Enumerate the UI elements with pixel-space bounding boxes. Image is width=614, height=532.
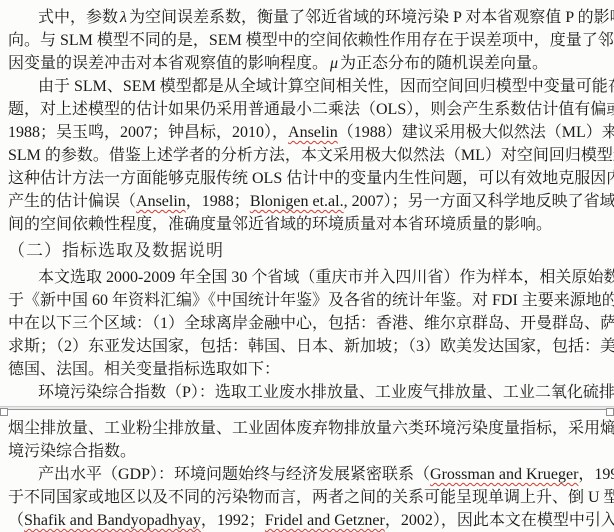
- page-break-line: [0, 406, 614, 410]
- spellcheck-flagged-text: Blonigen et.al.: [250, 193, 344, 210]
- text-line: SLM 的参数。借鉴上述学者的分析方法，本文采用极大似然法（ML）对空间回归模型…: [8, 144, 607, 167]
- text-line: 这种估计方法一方面能够克服传统 OLS 估计中的变量内生性问题，可以有效地克服因…: [8, 167, 607, 190]
- paragraph: 环境污染综合指数（P）：选取工业废水排放量、工业废气排放量、工业二氧化硫排放量、…: [8, 381, 607, 404]
- text-line: 产出水平（GDP）：环境问题始终与经济发展紧密联系（Grossman and K…: [8, 463, 607, 486]
- text-line: 间的空间依赖性程度，准确度量邻近省域的环境质量对本省环境质量的影响。: [8, 213, 607, 236]
- section-heading: （二）指标选取及数据说明: [8, 237, 607, 265]
- page-break-marker: [0, 404, 614, 417]
- paragraph: 本文选取 2000-2009 年全国 30 个省域（重庆市并入四川省）作为样本，…: [8, 266, 607, 381]
- spellcheck-flagged-text: Anselin: [136, 193, 186, 210]
- spellcheck-flagged-text: Fridel and Getzner: [265, 512, 385, 529]
- math-symbol: λ: [118, 9, 129, 26]
- spellcheck-flagged-text: Shafik and Bandyopadhyay: [24, 512, 201, 529]
- text-line: 式中，参数λ为空间误差系数，衡量了邻近省域的环境污染 P 对本省观察值 P 的影…: [8, 6, 607, 29]
- paragraph: 式中，参数λ为空间误差系数，衡量了邻近省域的环境污染 P 对本省观察值 P 的影…: [8, 6, 607, 75]
- page-break-handle-left: [0, 408, 8, 416]
- text-line: （Shafik and Bandyopadhyay，1992；Fridel an…: [8, 509, 607, 532]
- page-break-handle-right: [606, 408, 614, 416]
- text-line: 求斯；（2）东亚发达国家，包括：韩国、日本、新加坡；（3）欧美发达国家，包括：美…: [8, 335, 607, 358]
- text-line: 环境污染综合指数（P）：选取工业废水排放量、工业废气排放量、工业二氧化硫排放量、…: [8, 381, 607, 404]
- text-line: 1988；吴玉鸣，2007；钟昌标，2010），Anselin（1988）建议采…: [8, 121, 607, 144]
- text-line: 境污染综合指数。: [8, 440, 607, 463]
- text-line: 因变量的误差冲击对本省观察值的影响程度。μ为正态分布的随机误差向量。: [8, 52, 607, 75]
- spellcheck-flagged-text: Anselin: [288, 124, 338, 141]
- document-page[interactable]: 式中，参数λ为空间误差系数，衡量了邻近省域的环境污染 P 对本省观察值 P 的影…: [0, 0, 614, 532]
- text-line: 烟尘排放量、工业粉尘排放量、工业固体废弃物排放量六类环境污染度量指标，采用熵权法…: [8, 417, 607, 440]
- text-line: 本文选取 2000-2009 年全国 30 个省域（重庆市并入四川省）作为样本，…: [8, 266, 607, 289]
- text-line: 题，对上述模型的估计如果仍采用普通最小二乘法（OLS），则会产生系数估计值有偏或…: [8, 98, 607, 121]
- text-line: 于不同国家或地区以及不同的污染物而言，两者之间的关系可能呈现单调上升、倒 U 型…: [8, 486, 607, 509]
- text-line: 由于 SLM、SEM 模型都是从全域计算空间相关性，因而空间回归模型中变量可能存…: [8, 75, 607, 98]
- paragraph: 由于 SLM、SEM 模型都是从全域计算空间相关性，因而空间回归模型中变量可能存…: [8, 75, 607, 236]
- text-line: 中在以下三个区域：（1）全球离岸金融中心，包括：香港、维尔京群岛、开曼群岛、萨摩…: [8, 312, 607, 335]
- paragraph: 烟尘排放量、工业粉尘排放量、工业固体废弃物排放量六类环境污染度量指标，采用熵权法…: [8, 417, 607, 463]
- text-line: 产生的估计偏误（Anselin，1988；Blonigen et.al., 20…: [8, 190, 607, 213]
- spellcheck-flagged-text: Grossman and Krueger: [430, 466, 578, 483]
- text-line: 于《新中国 60 年资料汇编》《中国统计年鉴》及各省的统计年鉴。对 FDI 主要…: [8, 289, 607, 312]
- text-line: 向。与 SLM 模型不同的是，SEM 模型中的空间依赖性作用存在于误差项中，度量…: [8, 29, 607, 52]
- text-line: 德国、法国。相关变量指标选取如下：: [8, 358, 607, 381]
- document-body: 式中，参数λ为空间误差系数，衡量了邻近省域的环境污染 P 对本省观察值 P 的影…: [8, 6, 607, 532]
- paragraph: 产出水平（GDP）：环境问题始终与经济发展紧密联系（Grossman and K…: [8, 463, 607, 532]
- math-symbol: μ: [328, 55, 340, 72]
